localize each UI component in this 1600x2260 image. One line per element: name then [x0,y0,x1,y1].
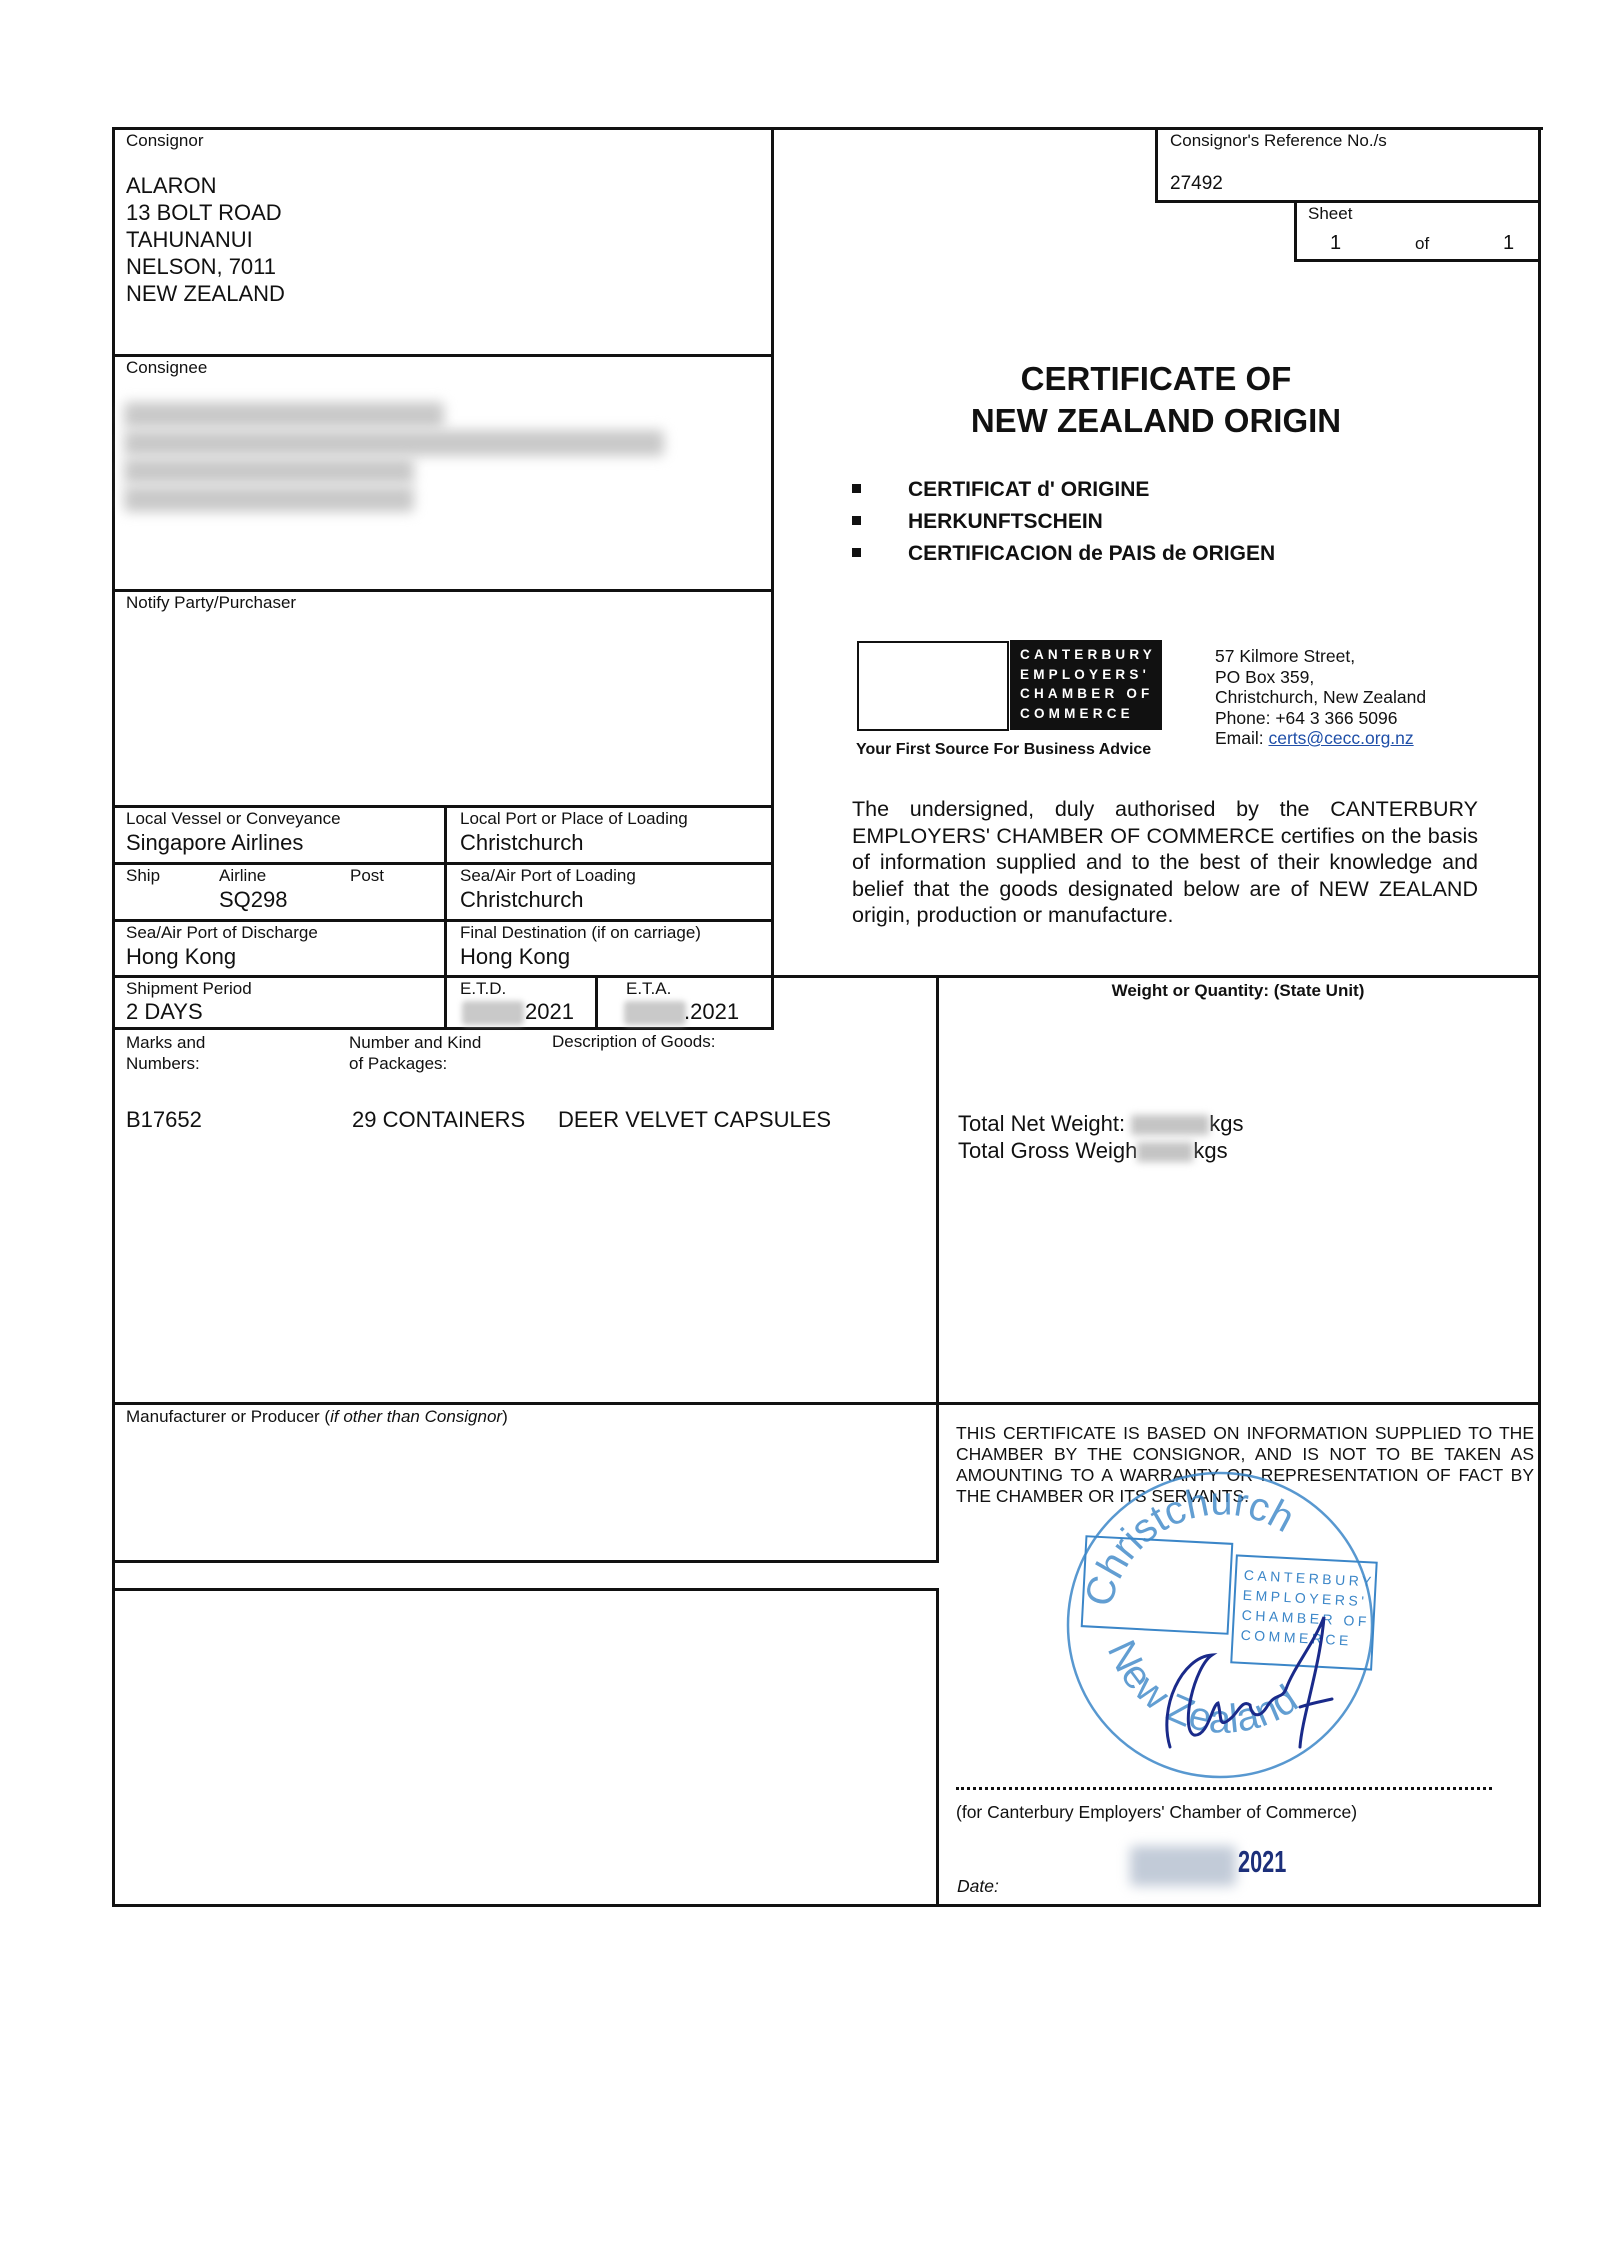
consignor-line: TAHUNANUI [126,226,285,253]
marks-label-line: Numbers: [126,1053,205,1074]
title-line-1: CERTIFICATE OF [772,358,1540,400]
discharge-port-label: Sea/Air Port of Discharge [126,923,318,943]
translation-text: CERTIFICAT d' ORIGINE [908,478,1149,501]
manufacturer-label-text: Manufacturer or Producer ( [126,1407,330,1426]
date-label: Date: [957,1876,999,1897]
vessel-label: Local Vessel or Conveyance [126,809,341,829]
shipment-period-label: Shipment Period [126,979,252,999]
packages-label-line: Number and Kind [349,1032,481,1053]
chamber-stamp: Christchurch New Zealand CANTERBURY EMPL… [1062,1467,1378,1783]
translation-item: CERTIFICAT d' ORIGINE [852,474,1275,506]
manufacturer-label-italic: if other than Consignor [330,1407,502,1426]
description-value: DEER VELVET CAPSULES [558,1107,831,1133]
consignor-line: 13 BOLT ROAD [126,199,285,226]
marks-value: B17652 [126,1107,202,1133]
net-weight-row: Total Net Weight: kgs [958,1110,1243,1137]
gross-weight-redacted [1137,1142,1193,1162]
manufacturer-label-end: ) [502,1407,508,1426]
weight-label: Weight or Quantity: (State Unit) [936,981,1540,1001]
logo-line: COMMERCE [1020,704,1162,724]
svg-text:CANTERBURY: CANTERBURY [1243,1567,1375,1590]
email-link[interactable]: certs@cecc.org.nz [1268,728,1413,748]
etd-year: 2021 [525,999,574,1025]
certificate-title: CERTIFICATE OF NEW ZEALAND ORIGIN [772,358,1540,442]
marks-label: Marks and Numbers: [126,1032,205,1074]
gross-weight-row: Total Gross Weighkgs [958,1137,1243,1164]
sheet-of: of [1415,234,1429,254]
translation-item: CERTIFICACION de PAIS de ORIGEN [852,538,1275,570]
eta-redacted [624,1001,686,1025]
bullet-icon [852,516,861,525]
translation-item: HERKUNFTSCHEIN [852,506,1275,538]
ship-label: Ship [126,866,160,886]
vessel-value: Singapore Airlines [126,830,303,856]
destination-label: Final Destination (if on carriage) [460,923,701,943]
stamp-bottom-text: New Zealand [1099,1634,1306,1742]
etd-redacted [462,1001,524,1025]
loading-port-value: Christchurch [460,887,583,913]
reference-label: Consignor's Reference No./s [1170,131,1387,151]
chamber-contact: 57 Kilmore Street, PO Box 359, Christchu… [1215,646,1426,749]
email-label: Email: [1215,728,1268,748]
loading-port-label: Sea/Air Port of Loading [460,866,636,886]
local-port-label: Local Port or Place of Loading [460,809,688,829]
net-weight-redacted [1131,1115,1209,1135]
chamber-logo: CANTERBURY EMPLOYERS' CHAMBER OF COMMERC… [1010,640,1162,730]
title-line-2: NEW ZEALAND ORIGIN [772,400,1540,442]
reference-number: 27492 [1170,173,1223,195]
discharge-port-value: Hong Kong [126,944,236,970]
sheet-number: 1 [1330,232,1341,255]
contact-line: Phone: +64 3 366 5096 [1215,708,1426,729]
translations-list: CERTIFICAT d' ORIGINE HERKUNFTSCHEIN CER… [852,474,1275,570]
gross-weight-label: Total Gross Weigh [958,1138,1137,1163]
logo-line: CANTERBURY [1020,645,1162,665]
eta-year: .2021 [684,999,739,1025]
consignee-label: Consignee [126,358,207,378]
flight-number: SQ298 [219,887,288,913]
weights: Total Net Weight: kgs Total Gross Weighk… [958,1110,1243,1164]
eta-label: E.T.A. [626,979,671,999]
local-port-value: Christchurch [460,830,583,856]
logo-line: CHAMBER OF [1020,684,1162,704]
contact-line: Christchurch, New Zealand [1215,687,1426,708]
date-redacted [1130,1846,1236,1886]
notify-party-label: Notify Party/Purchaser [126,593,296,613]
contact-line: 57 Kilmore Street, [1215,646,1426,667]
consignor-line: ALARON [126,172,285,199]
consignor-line: NEW ZEALAND [126,280,285,307]
bullet-icon [852,548,861,557]
chamber-tagline: Your First Source For Business Advice [856,741,1151,759]
marks-label-line: Marks and [126,1032,205,1053]
declaration-text: The undersigned, duly authorised by the … [852,796,1478,929]
packages-value: 29 CONTAINERS [352,1107,525,1133]
translation-text: HERKUNFTSCHEIN [908,510,1103,533]
consignor-address: ALARON 13 BOLT ROAD TAHUNANUI NELSON, 70… [126,172,285,307]
post-label: Post [350,866,384,886]
sheet-total: 1 [1503,232,1514,255]
net-weight-unit: kgs [1209,1111,1243,1136]
sheet-label: Sheet [1308,204,1352,224]
contact-line: PO Box 359, [1215,667,1426,688]
stamp-logo-text: CANTERBURY EMPLOYERS' CHAMBER OF COMMERC… [1240,1567,1375,1650]
svg-text:EMPLOYERS': EMPLOYERS' [1242,1587,1367,1610]
consignor-label: Consignor [126,131,204,151]
manufacturer-label: Manufacturer or Producer (if other than … [126,1407,508,1427]
translation-text: CERTIFICACION de PAIS de ORIGEN [908,542,1275,565]
destination-value: Hong Kong [460,944,570,970]
contact-email-row: Email: certs@cecc.org.nz [1215,728,1426,749]
etd-label: E.T.D. [460,979,506,999]
description-label: Description of Goods: [552,1032,715,1052]
signature-line [956,1787,1492,1790]
signatory-caption: (for Canterbury Employers' Chamber of Co… [956,1802,1357,1823]
consignor-line: NELSON, 7011 [126,253,285,280]
packages-label-line: of Packages: [349,1053,481,1074]
svg-text:COMMERCE: COMMERCE [1240,1627,1352,1649]
net-weight-label: Total Net Weight: [958,1111,1131,1136]
svg-text:CHAMBER OF: CHAMBER OF [1241,1607,1370,1630]
bullet-icon [852,484,861,493]
logo-blank-panel [857,641,1009,731]
date-year: 2021 [1238,1844,1286,1880]
airline-label: Airline [219,866,266,886]
packages-label: Number and Kind of Packages: [349,1032,481,1074]
logo-line: EMPLOYERS' [1020,665,1162,685]
gross-weight-unit: kgs [1193,1138,1227,1163]
shipment-period-value: 2 DAYS [126,999,203,1025]
